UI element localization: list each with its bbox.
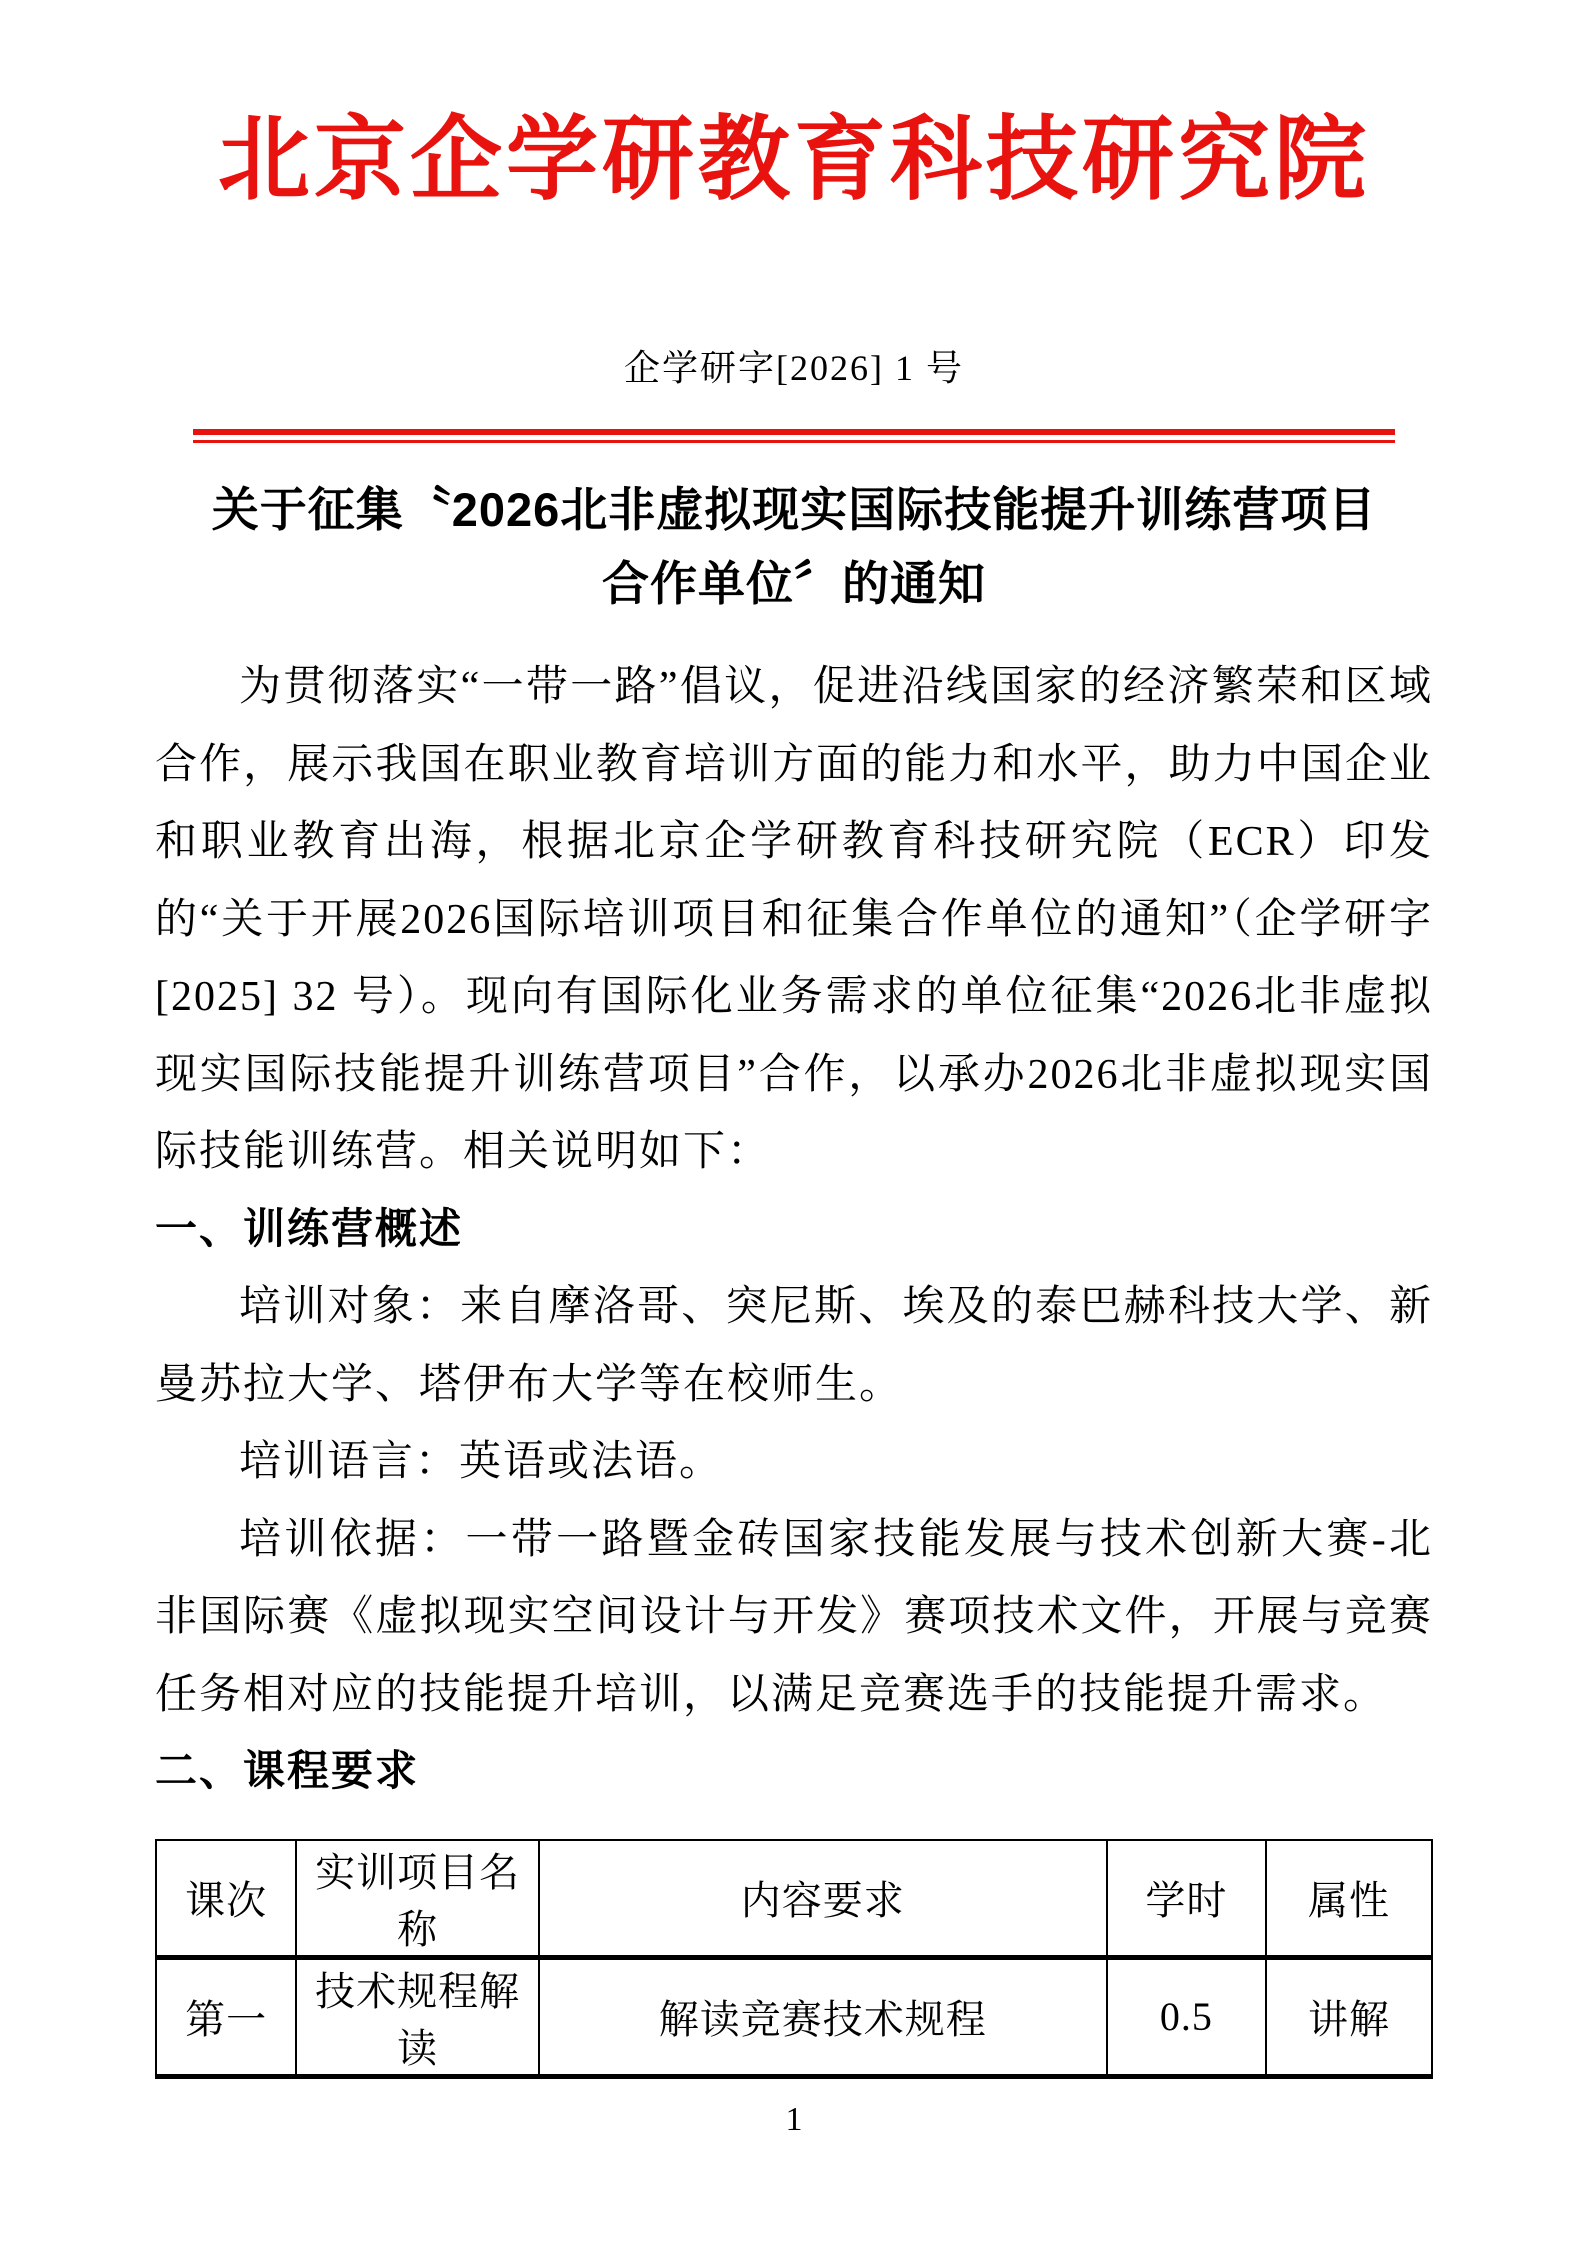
document-page: 北京企学研教育科技研究院 企学研字[2026] 1 号 关于征集〝2026北非虚… bbox=[0, 0, 1588, 2244]
section-heading-2: 二、课程要求 bbox=[155, 1734, 1433, 1812]
table-header-row: 课次 实训项目名称 内容要求 学时 属性 bbox=[156, 1840, 1432, 1958]
cell-class-hours: 0.5 bbox=[1107, 1957, 1267, 2076]
header-attribute: 属性 bbox=[1266, 1840, 1432, 1958]
organization-title: 北京企学研教育科技研究院 bbox=[155, 110, 1433, 210]
red-divider bbox=[193, 429, 1395, 443]
course-requirements-table: 课次 实训项目名称 内容要求 学时 属性 第一 技术规程解读 解读竞赛技术规程 … bbox=[155, 1839, 1433, 2079]
document-title-line2: 合作单位〞的通知 bbox=[155, 547, 1433, 621]
table-row: 第一 技术规程解读 解读竞赛技术规程 0.5 讲解 bbox=[156, 1957, 1432, 2076]
page-number: 1 bbox=[155, 2101, 1433, 2139]
document-title: 关于征集〝2026北非虚拟现实国际技能提升训练营项目 合作单位〞的通知 bbox=[155, 473, 1433, 621]
header-session: 课次 bbox=[156, 1840, 296, 1958]
header-project-name: 实训项目名称 bbox=[296, 1840, 538, 1958]
document-number: 企学研字[2026] 1 号 bbox=[155, 340, 1433, 396]
paragraph-training-target: 培训对象：来自摩洛哥、突尼斯、埃及的泰巴赫科技大学、新曼苏拉大学、塔伊布大学等在… bbox=[155, 1269, 1433, 1424]
paragraph-training-basis: 培训依据：一带一路暨金砖国家技能发展与技术创新大赛-北非国际赛《虚拟现实空间设计… bbox=[155, 1502, 1433, 1735]
header-class-hours: 学时 bbox=[1107, 1840, 1267, 1958]
red-divider-thin-line bbox=[193, 440, 1395, 443]
section-heading-1: 一、训练营概述 bbox=[155, 1192, 1433, 1270]
paragraph-training-language: 培训语言：英语或法语。 bbox=[155, 1424, 1433, 1502]
header-content-requirement: 内容要求 bbox=[539, 1840, 1107, 1958]
cell-project-name: 技术规程解读 bbox=[296, 1957, 538, 2076]
document-title-line1: 关于征集〝2026北非虚拟现实国际技能提升训练营项目 bbox=[155, 473, 1433, 547]
cell-attribute: 讲解 bbox=[1266, 1957, 1432, 2076]
cell-session: 第一 bbox=[156, 1957, 296, 2076]
document-body: 为贯彻落实“一带一路”倡议，促进沿线国家的经济繁荣和区域合作，展示我国在职业教育… bbox=[155, 649, 1433, 1812]
cell-content-requirement: 解读竞赛技术规程 bbox=[539, 1957, 1107, 2076]
paragraph-intro: 为贯彻落实“一带一路”倡议，促进沿线国家的经济繁荣和区域合作，展示我国在职业教育… bbox=[155, 649, 1433, 1192]
